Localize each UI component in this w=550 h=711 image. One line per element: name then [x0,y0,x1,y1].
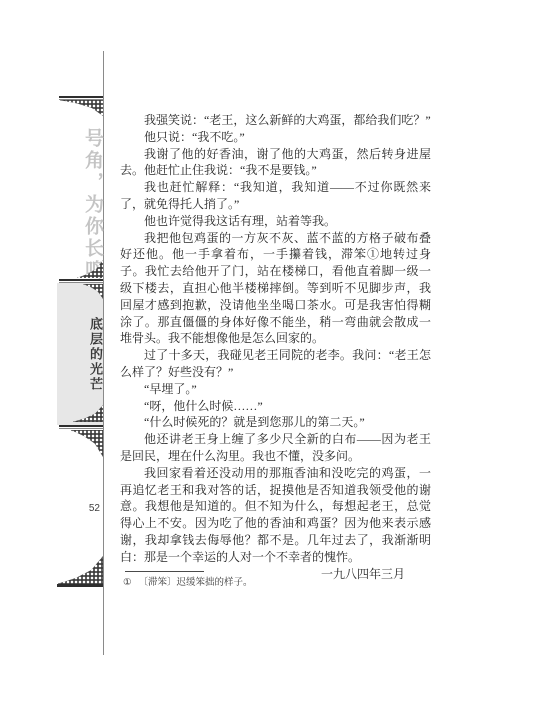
footnote-separator [125,571,204,572]
paragraph: 我谢了他的好香油，谢了他的大鸡蛋，然后转身进屋去。他赶忙止住我说：“我不是要钱。… [120,146,431,180]
paragraph: 他也许觉得我这话有理，站着等我。 [120,213,431,230]
bottom-rule [57,584,103,587]
paragraph: “呀，他什么时候……” [120,398,431,415]
paragraph: “什么时候死的？就是到您那儿的第二天。” [120,414,431,431]
lace-corner-ornament-icon [83,284,103,299]
paragraph: 我回家看着还没动用的那瓶香油和没吃完的鸡蛋，一再追忆老王和我对答的话，捉摸他是否… [120,465,431,566]
lace-corner-ornament-icon [58,556,103,584]
footnote-marker: ① [123,577,132,589]
text-column: 我强笑说：“老王，这么新鲜的大鸡蛋，都给我们吃？”他只说：“我不吃。”我谢了他的… [120,112,431,582]
masthead-vertical-title: 号角，为你长鸣 [57,121,102,289]
paragraph: 我强笑说：“老王，这么新鲜的大鸡蛋，都给我们吃？” [120,112,431,129]
lower-double-rule [59,425,103,429]
footnote-text: 〔滞笨〕迟缓笨拙的样子。 [139,577,253,589]
paragraph: “早埋了。” [120,381,431,398]
book-page: 号角，为你长鸣 底层的光芒 52 我强笑说：“老王，这么新鲜的大鸡蛋，都给我们吃… [0,0,550,711]
sidebar: 号角，为你长鸣 底层的光芒 52 [57,51,104,655]
lace-corner-ornament-icon [60,100,103,116]
lace-corner-ornament-icon [71,430,103,457]
page-number: 52 [57,503,100,514]
paragraph-list: 我强笑说：“老王，这么新鲜的大鸡蛋，都给我们吃？”他只说：“我不吃。”我谢了他的… [120,112,431,566]
paragraph: 过了十多天，我碰见老王同院的老李。我问：“老王怎么样了？好些没有？” [120,347,431,381]
paragraph: 他只说：“我不吃。” [120,129,431,146]
unit-title-section: 底层的光芒 [57,283,103,425]
footnote-line: ① 〔滞笨〕迟缓笨拙的样子。 [123,577,431,589]
paragraph: 他还讲老王身上缠了多少尺全新的白布——因为老王是回民，埋在什么沟里。我也不懂，没… [120,431,431,465]
footnote: ① 〔滞笨〕迟缓笨拙的样子。 [120,571,431,589]
unit-vertical-title: 底层的光芒 [57,309,102,399]
lace-corner-ornament-icon [73,405,103,422]
paragraph: 我把他包鸡蛋的一方灰不灰、蓝不蓝的方格子破布叠好还他。他一手拿着布，一手攥着钱，… [120,230,431,348]
top-double-rule [59,96,103,100]
paragraph: 我也赶忙解释：“我知道，我知道——不过你既然来了，就免得托人捎了。” [120,179,431,213]
